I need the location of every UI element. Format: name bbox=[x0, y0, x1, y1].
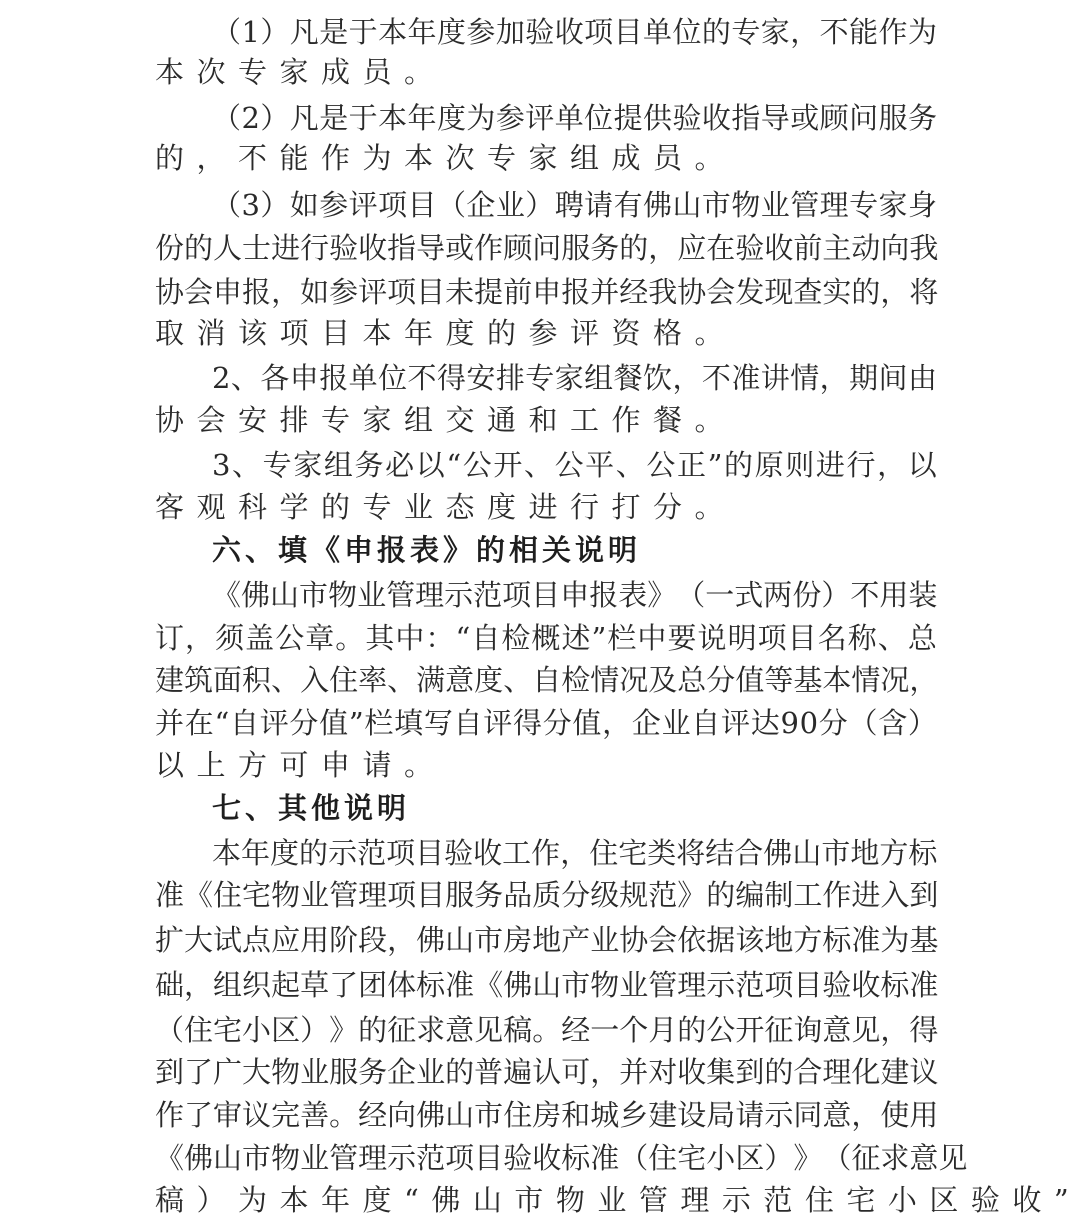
text-line: 《佛山市物业管理示范项目验收标准（住宅小区）》（征求意见 bbox=[155, 1136, 937, 1180]
text-line: 稿）为本年度“佛山市物业管理示范住宅小区验收”标准。 bbox=[155, 1178, 937, 1222]
text-line: 协会申报，如参评项目未提前申报并经我协会发现查实的，将 bbox=[155, 270, 937, 314]
text-line: （3）如参评项目（企业）聘请有佛山市物业管理专家身 bbox=[212, 183, 937, 227]
text-line: 的，不能作为本次专家组成员。 bbox=[155, 136, 937, 180]
text-line: （1）凡是于本年度参加验收项目单位的专家，不能作为 bbox=[212, 10, 937, 54]
section-heading: 七、其他说明 bbox=[212, 786, 937, 830]
text-line: 并在“自评分值”栏填写自评得分值，企业自评达90分（含） bbox=[155, 701, 937, 745]
text-line: 扩大试点应用阶段，佛山市房地产业协会依据该地方标准为基 bbox=[155, 918, 937, 962]
text-line: 到了广大物业服务企业的普遍认可，并对收集到的合理化建议 bbox=[155, 1050, 937, 1094]
text-line: （住宅小区）》的征求意见稿。经一个月的公开征询意见，得 bbox=[155, 1008, 937, 1052]
text-line: 订，须盖公章。其中：“自检概述”栏中要说明项目名称、总 bbox=[155, 616, 937, 660]
section-heading: 六、填《申报表》的相关说明 bbox=[212, 528, 937, 572]
text-line: 建筑面积、入住率、满意度、自检情况及总分值等基本情况， bbox=[155, 658, 937, 702]
text-line: 准《住宅物业管理项目服务品质分级规范》的编制工作进入到 bbox=[155, 873, 937, 917]
text-line: 3、专家组务必以“公开、公平、公正”的原则进行，以 bbox=[212, 443, 937, 487]
text-line: 份的人士进行验收指导或作顾问服务的，应在验收前主动向我 bbox=[155, 226, 937, 270]
text-line: 取消该项目本年度的参评资格。 bbox=[155, 311, 937, 355]
text-line: （2）凡是于本年度为参评单位提供验收指导或顾问服务 bbox=[212, 96, 937, 140]
text-line: 作了审议完善。经向佛山市住房和城乡建设局请示同意，使用 bbox=[155, 1093, 937, 1137]
text-line: 2、各申报单位不得安排专家组餐饮，不准讲情，期间由 bbox=[212, 356, 937, 400]
text-line: 客观科学的专业态度进行打分。 bbox=[155, 485, 937, 529]
text-line: 以上方可申请。 bbox=[155, 743, 937, 787]
text-line: 协会安排专家组交通和工作餐。 bbox=[155, 398, 937, 442]
text-line: 础，组织起草了团体标准《佛山市物业管理示范项目验收标准 bbox=[155, 963, 937, 1007]
text-line: 本次专家成员。 bbox=[155, 50, 937, 94]
document-page: （1）凡是于本年度参加验收项目单位的专家，不能作为本次专家成员。（2）凡是于本年… bbox=[0, 0, 1080, 1224]
text-line: 《佛山市物业管理示范项目申报表》（一式两份）不用装 bbox=[212, 573, 937, 617]
text-line: 本年度的示范项目验收工作，住宅类将结合佛山市地方标 bbox=[212, 831, 937, 875]
